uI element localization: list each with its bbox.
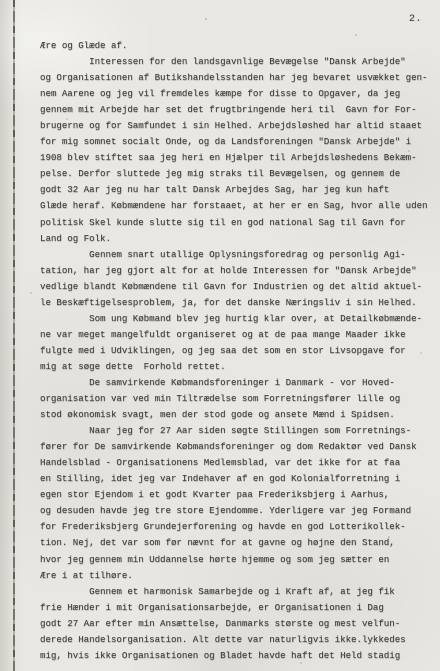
binding-crease-line bbox=[13, 0, 15, 671]
typewritten-body-text: Ære og Glæde af. Interessen for den land… bbox=[40, 38, 427, 664]
paper-speckles bbox=[0, 0, 2, 2]
scanned-document-page: 2. Ære og Glæde af. Interessen for den l… bbox=[0, 0, 440, 671]
page-number: 2. bbox=[409, 14, 422, 25]
page-left-edge-shadow bbox=[0, 0, 13, 671]
